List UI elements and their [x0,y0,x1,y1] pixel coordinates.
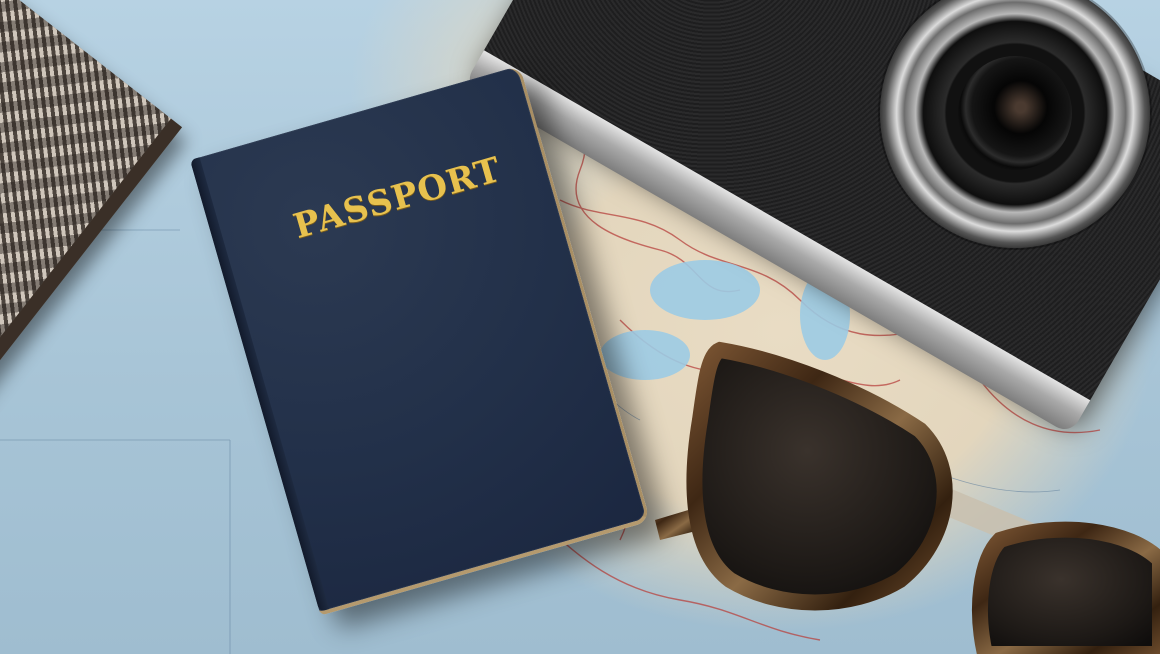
travel-flatlay-photo: PASSPORT [0,0,1160,654]
sunglasses [0,0,1160,654]
